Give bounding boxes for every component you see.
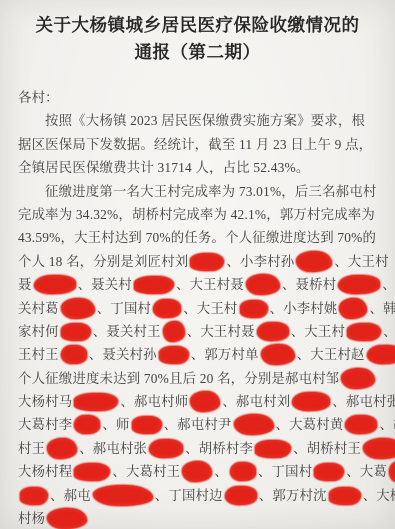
text-line: 关村葛、丁国村、大王村、小李村姚、韩老 bbox=[18, 297, 377, 320]
redaction-mark bbox=[33, 274, 76, 294]
text-line: 村杨 bbox=[18, 507, 377, 529]
text-line: 大杨村马、郝屯村师、郝屯村刘、郝屯村张 bbox=[18, 390, 377, 413]
text-run: 、聂 bbox=[382, 277, 395, 292]
redaction-mark bbox=[339, 297, 368, 319]
redaction-mark bbox=[162, 321, 185, 343]
text-line: 、郝屯、丁国村边、郭万村沈、大杨 bbox=[18, 484, 377, 507]
redaction-mark bbox=[341, 367, 376, 389]
redaction-mark bbox=[260, 344, 295, 366]
text-run: 据区医保局下发数据。经统计，截至 11 月 23 日上午 9 点， bbox=[18, 137, 372, 152]
redaction-mark bbox=[159, 346, 189, 365]
text-run: 、聂关村孙 bbox=[89, 347, 157, 362]
text-run: 、郝屯村刘 bbox=[222, 394, 290, 409]
text-run: 聂 bbox=[18, 277, 32, 292]
text-run: 完成率为 34.32%，胡桥村完成率为 42.1%，郭万村完成率为 bbox=[18, 207, 375, 222]
redaction-mark bbox=[182, 461, 213, 483]
text-line: 各村： bbox=[18, 86, 377, 109]
text-run: 征缴进度第一名大王村完成率为 73.01%，后三名郝屯村 bbox=[45, 184, 376, 199]
text-run: 、大王村 bbox=[291, 324, 345, 339]
redaction-mark bbox=[246, 274, 281, 296]
redaction-mark bbox=[20, 486, 48, 504]
text-run: 、大王村赵 bbox=[297, 347, 365, 362]
text-run: 按照《大杨镇 2023 居民医保缴费实施方案》要求，根 bbox=[45, 113, 365, 128]
text-run: 、大葛村王 bbox=[112, 464, 180, 479]
title-line-2: 通报（第二期） bbox=[135, 42, 261, 62]
text-run: 、胡桥 bbox=[379, 417, 395, 432]
text-run: 、丁国村边 bbox=[155, 488, 223, 503]
text-line: 43.59%，大王村达到 70%的任务。个人征缴进度达到 70%的 bbox=[18, 226, 377, 249]
text-run: 、大王村 bbox=[334, 254, 388, 269]
text-line: 王村王、聂关村孙、郭万村单、大王村赵 bbox=[18, 343, 377, 366]
redaction-mark bbox=[363, 437, 395, 459]
redaction-mark bbox=[292, 391, 331, 411]
redaction-mark bbox=[347, 323, 381, 342]
redaction-mark bbox=[338, 274, 381, 294]
redaction-mark bbox=[233, 414, 274, 436]
text-run: 、韩老 bbox=[369, 301, 395, 316]
document-body: 各村：按照《大杨镇 2023 居民医保缴费实施方案》要求，根据区医保局下发数据。… bbox=[0, 66, 395, 529]
redaction-mark bbox=[239, 299, 267, 317]
text-line: 个人 18 名，分别是刘匠村刘、小李村孙、大王村 bbox=[18, 250, 377, 273]
text-run: 、聂桥村 bbox=[282, 277, 336, 292]
text-run: 、胡桥村李 bbox=[185, 441, 253, 456]
text-line: 按照《大杨镇 2023 居民医保缴费实施方案》要求，根 bbox=[18, 109, 377, 132]
redaction-mark bbox=[389, 461, 395, 483]
text-run: 村王 bbox=[18, 441, 45, 456]
text-line: 家村何、聂关村王、大王村聂、大王村、大 bbox=[18, 320, 377, 343]
text-run: 王村王 bbox=[18, 347, 59, 362]
text-run: 各村： bbox=[18, 90, 59, 105]
text-run: 家村何 bbox=[18, 324, 59, 339]
redaction-mark bbox=[256, 321, 289, 341]
redaction-mark bbox=[345, 415, 378, 435]
text-line: 完成率为 34.32%，胡桥村完成率为 42.1%，郭万村完成率为 bbox=[18, 203, 377, 226]
text-run: 、 bbox=[214, 464, 228, 479]
text-line: 征缴进度第一名大王村完成率为 73.01%，后三名郝屯村 bbox=[18, 180, 377, 203]
text-run: 、郝屯 bbox=[50, 488, 91, 503]
text-run: 、胡桥村王 bbox=[293, 441, 361, 456]
text-run: 、大王村聂 bbox=[187, 324, 255, 339]
redaction-mark bbox=[131, 416, 161, 435]
text-run: 、大王村聂 bbox=[176, 277, 244, 292]
text-run: 全镇居民医保缴费共计 31714 人，占比 52.43%。 bbox=[18, 160, 309, 175]
redaction-mark bbox=[149, 438, 184, 458]
document-page: 关于大杨镇城乡居民医疗保险收缴情况的 通报（第二期） 各村：按照《大杨镇 202… bbox=[0, 0, 395, 529]
text-run: 、丁国村 bbox=[97, 301, 151, 316]
redaction-mark bbox=[93, 484, 154, 507]
text-run: 43.59%，大王村达到 70%的任务。个人征缴进度达到 70%的 bbox=[18, 230, 376, 245]
text-run: 、郝屯村张 bbox=[332, 394, 395, 409]
text-run: 、大王村 bbox=[183, 301, 237, 316]
redaction-mark bbox=[153, 298, 182, 318]
redaction-mark bbox=[190, 252, 224, 271]
text-run: 、郝屯村师 bbox=[120, 394, 188, 409]
text-run: 、大杨 bbox=[363, 488, 395, 503]
redaction-mark bbox=[224, 485, 257, 505]
text-run: 、大葛村黄 bbox=[276, 417, 344, 432]
title-line-1: 关于大杨镇城乡居民医疗保险收缴情况的 bbox=[36, 15, 360, 35]
text-run: 、大 bbox=[383, 324, 395, 339]
text-run: 、大葛 bbox=[346, 464, 387, 479]
redaction-mark bbox=[329, 486, 361, 505]
text-line: 大葛村李、师、郝屯村尹、大葛村黄、胡桥 bbox=[18, 413, 377, 436]
text-run: 、聂关村王 bbox=[93, 324, 161, 339]
text-run: 、丁国村 bbox=[258, 464, 312, 479]
text-run: 、聂关村 bbox=[78, 277, 132, 292]
text-line: 全镇居民医保缴费共计 31714 人，占比 52.43%。 bbox=[18, 156, 377, 179]
document-title: 关于大杨镇城乡居民医疗保险收缴情况的 通报（第二期） bbox=[0, 0, 395, 66]
text-run: 个人征缴进度未达到 70%且后 20 名，分别是郝屯村邹 bbox=[18, 371, 339, 386]
redaction-mark bbox=[74, 415, 101, 435]
text-line: 据区医保局下发数据。经统计，截至 11 月 23 日上午 9 点， bbox=[18, 133, 377, 156]
redaction-mark bbox=[314, 463, 344, 482]
text-run: 、师 bbox=[102, 417, 129, 432]
redaction-mark bbox=[296, 250, 333, 272]
redaction-mark bbox=[74, 393, 118, 412]
redaction-mark bbox=[47, 437, 78, 459]
text-run: 大葛村李 bbox=[18, 417, 72, 432]
text-run: 大杨村程 bbox=[18, 464, 72, 479]
text-run: 、小李村孙 bbox=[226, 254, 294, 269]
text-line: 村王、郝屯村张、胡桥村李、胡桥村王 bbox=[18, 437, 377, 460]
text-run: 、郝屯村张 bbox=[79, 441, 147, 456]
redaction-mark bbox=[60, 345, 87, 365]
redaction-mark bbox=[366, 345, 395, 365]
text-run: 、郝屯村尹 bbox=[164, 417, 232, 432]
text-run: 村杨 bbox=[18, 511, 45, 526]
redaction-mark bbox=[230, 462, 257, 482]
text-run: 关村葛 bbox=[18, 301, 59, 316]
redaction-mark bbox=[61, 323, 91, 342]
text-run: 、郭万村单 bbox=[191, 347, 259, 362]
redaction-mark bbox=[134, 276, 174, 295]
redaction-mark bbox=[190, 391, 221, 413]
text-run: 个人 18 名，分别是刘匠村刘 bbox=[18, 254, 188, 269]
redaction-mark bbox=[47, 508, 88, 529]
redaction-mark bbox=[61, 297, 96, 319]
redaction-mark bbox=[255, 440, 291, 459]
redaction-mark bbox=[74, 463, 110, 482]
text-line: 大杨村程、大葛村王、、丁国村、大葛 bbox=[18, 460, 377, 483]
text-line: 聂、聂关村、大王村聂、聂桥村、聂 bbox=[18, 273, 377, 296]
text-line: 个人征缴进度未达到 70%且后 20 名，分别是郝屯村邹 bbox=[18, 367, 377, 390]
text-run: 、小李村姚 bbox=[270, 301, 338, 316]
text-run: 大杨村马 bbox=[18, 394, 72, 409]
text-run: 、郭万村沈 bbox=[259, 488, 327, 503]
